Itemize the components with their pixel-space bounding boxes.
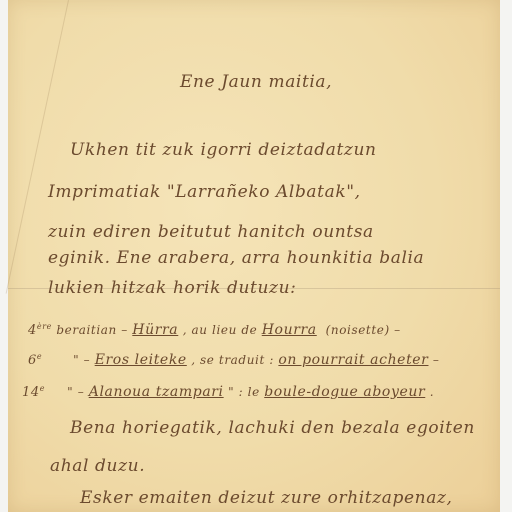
paragraph1-line4: eginik. Ene arabera, arra hounkitia bali… [48, 248, 424, 268]
salutation: Ene Jaun maitia, [180, 72, 332, 92]
list-term: Eros leiteke [95, 352, 187, 368]
list-term: Alanoua tzampari [89, 384, 224, 400]
paragraph1-line3: zuin ediren beitutut hanitch ountsa [48, 222, 374, 242]
list-item: 6e " – Eros leiteke , se traduit : on po… [28, 352, 440, 368]
list-item: 14e " – Alanoua tzampari " : le boule-do… [22, 384, 434, 400]
list-alt: Hourra [262, 322, 317, 338]
paragraph1-line1: Ukhen tit zuk igorri deiztadatzun [70, 140, 377, 160]
list-alt: on pourrait acheter [278, 352, 428, 368]
paragraph3-line1: Esker emaiten deizut zure orhitzapenaz, [80, 488, 453, 508]
paragraph2-line1: Bena horiegatik, lachuki den bezala egoi… [70, 418, 475, 438]
paragraph1-line5: lukien hitzak horik dutuzu: [48, 278, 296, 298]
paragraph2-line2: ahal duzu. [50, 456, 145, 476]
letter-page: Ene Jaun maitia, Ukhen tit zuk igorri de… [8, 0, 500, 512]
list-alt: boule-dogue aboyeur [264, 384, 425, 400]
paragraph1-line2: Imprimatiak "Larrañeko Albatak", [48, 182, 361, 202]
list-item: 4ère beraitian – Hürra , au lieu de Hour… [28, 322, 401, 338]
list-term: Hürra [132, 322, 178, 338]
